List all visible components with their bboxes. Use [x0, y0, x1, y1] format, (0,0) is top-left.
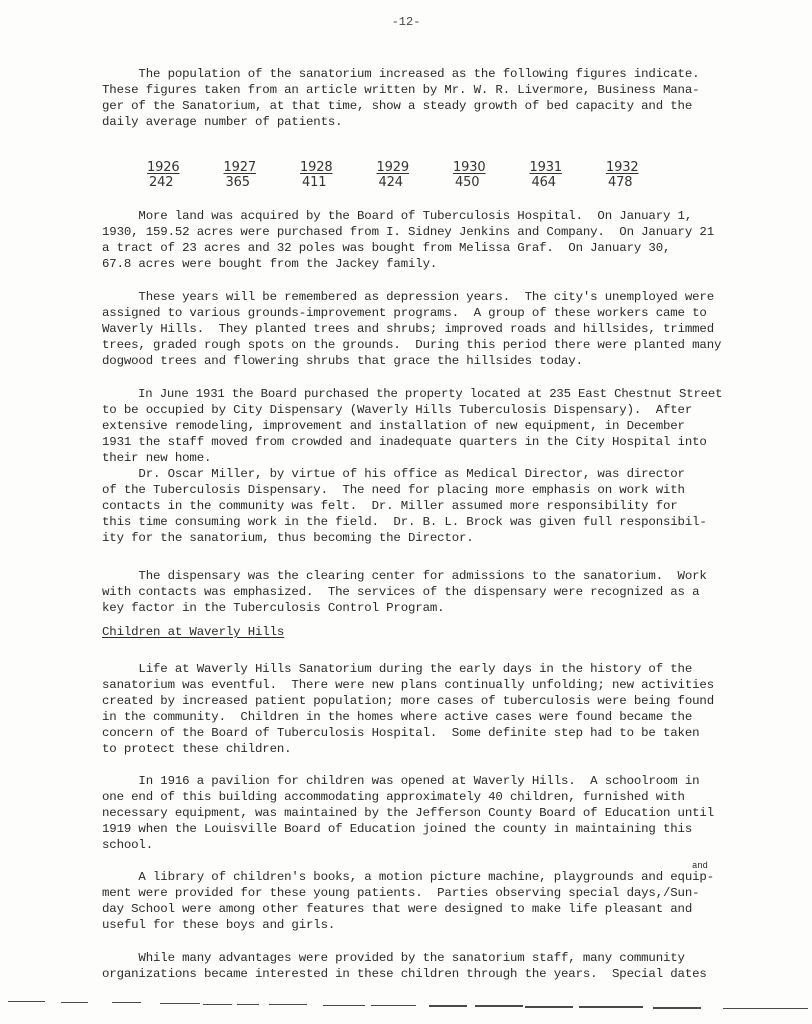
edge-dash [237, 1004, 259, 1005]
figure-patients: 424 [375, 175, 403, 190]
text-line: useful for these boys and girls. [102, 917, 335, 933]
edge-dash [323, 1005, 365, 1006]
text-line: The population of the sanatorium increas… [102, 66, 699, 82]
edge-dash [579, 1006, 643, 1007]
figure-year: 1930 [451, 160, 485, 175]
text-line: daily average number of patients. [102, 114, 342, 130]
figure-year: 1931 [528, 160, 562, 175]
figure-column: 1928411 [298, 160, 375, 190]
figure-patients: 450 [451, 175, 479, 190]
figure-column: 1926242 [145, 160, 222, 190]
figure-patients: 478 [604, 175, 632, 190]
text-line: These figures taken from an article writ… [102, 82, 699, 98]
figure-column: 1930450 [451, 160, 528, 190]
edge-dash [525, 1006, 573, 1007]
text-line: of the Tuberculosis Dispensary. The need… [102, 482, 685, 498]
text-line: 1930, 159.52 acres were purchased from I… [102, 224, 714, 240]
text-line: ger of the Sanatorium, at that time, sho… [102, 98, 692, 114]
text-line: While many advantages were provided by t… [102, 950, 685, 966]
figure-patients: 365 [222, 175, 250, 190]
text-line: organizations became interested in these… [102, 966, 707, 982]
text-line: ity for the sanatorium, thus becoming th… [102, 530, 474, 546]
text-line: 1931 the staff moved from crowded and in… [102, 434, 707, 450]
text-line: Waverly Hills. They planted trees and sh… [102, 321, 714, 337]
edge-dash [269, 1004, 307, 1005]
figure-year: 1928 [298, 160, 332, 175]
text-line: dogwood trees and flowering shrubs that … [102, 353, 583, 369]
figure-column: 1927365 [222, 160, 299, 190]
figure-patients: 411 [298, 175, 326, 190]
edge-dash [723, 1008, 808, 1009]
figure-year: 1929 [375, 160, 409, 175]
text-line: to protect these children. [102, 741, 291, 757]
text-line: 67.8 acres were bought from the Jackey f… [102, 256, 437, 272]
bottom-page-edge-dashes [0, 1000, 812, 1012]
text-line: day School were among other features tha… [102, 901, 692, 917]
section-heading: Children at Waverly Hills [102, 624, 284, 640]
edge-dash [429, 1005, 467, 1006]
figure-column: 1932478 [604, 160, 681, 190]
text-line: These years will be remembered as depres… [102, 289, 714, 305]
edge-dash [653, 1007, 701, 1008]
text-line: one end of this building accommodating a… [102, 789, 685, 805]
figure-year: 1927 [222, 160, 256, 175]
text-line: sanatorium was eventful. There were new … [102, 677, 714, 693]
text-line: The dispensary was the clearing center f… [102, 568, 707, 584]
document-page: -12- The population of the sanatorium in… [0, 0, 812, 1024]
text-line: necessary equipment, was maintained by t… [102, 805, 714, 821]
text-line: with contacts was emphasized. The servic… [102, 584, 699, 600]
text-line: concern of the Board of Tuberculosis Hos… [102, 725, 699, 741]
text-line: created by increased patient population;… [102, 693, 714, 709]
figure-year: 1932 [604, 160, 638, 175]
text-line: contacts in the community was felt. Dr. … [102, 498, 678, 514]
text-line: their new home. [102, 450, 211, 466]
figure-patients: 464 [528, 175, 556, 190]
text-line: In 1916 a pavilion for children was open… [102, 773, 699, 789]
text-line: Life at Waverly Hills Sanatorium during … [102, 661, 692, 677]
text-line: ment were provided for these young patie… [102, 885, 699, 901]
figure-year: 1926 [145, 160, 179, 175]
text-line: in the community. Children in the homes … [102, 709, 692, 725]
edge-dash [371, 1005, 416, 1006]
edge-dash [112, 1002, 141, 1003]
handwritten-insert: and [692, 862, 708, 871]
text-line: extensive remodeling, improvement and in… [102, 418, 685, 434]
edge-dash [61, 1002, 88, 1003]
text-line: this time consuming work in the field. D… [102, 514, 707, 530]
text-line: a tract of 23 acres and 32 poles was bou… [102, 240, 670, 256]
text-line: to be occupied by City Dispensary (Waver… [102, 402, 692, 418]
text-line: Dr. Oscar Miller, by virtue of his offic… [102, 466, 685, 482]
edge-dash [8, 1001, 45, 1002]
edge-dash [475, 1005, 523, 1006]
edge-dash [160, 1003, 200, 1004]
text-line: school. [102, 837, 153, 853]
population-figures: 1926242192736519284111929424193045019314… [145, 160, 681, 190]
text-line: trees, graded rough spots on the grounds… [102, 337, 721, 353]
text-line: key factor in the Tuberculosis Control P… [102, 600, 444, 616]
page-number: -12- [0, 15, 812, 29]
figure-column: 1929424 [375, 160, 452, 190]
edge-dash [203, 1004, 232, 1005]
figure-column: 1931464 [528, 160, 605, 190]
text-line: 1919 when the Louisville Board of Educat… [102, 821, 692, 837]
figure-patients: 242 [145, 175, 173, 190]
text-line: In June 1931 the Board purchased the pro… [102, 386, 722, 402]
text-line: A library of children's books, a motion … [102, 869, 714, 885]
text-line: More land was acquired by the Board of T… [102, 208, 692, 224]
text-line: assigned to various grounds-improvement … [102, 305, 707, 321]
